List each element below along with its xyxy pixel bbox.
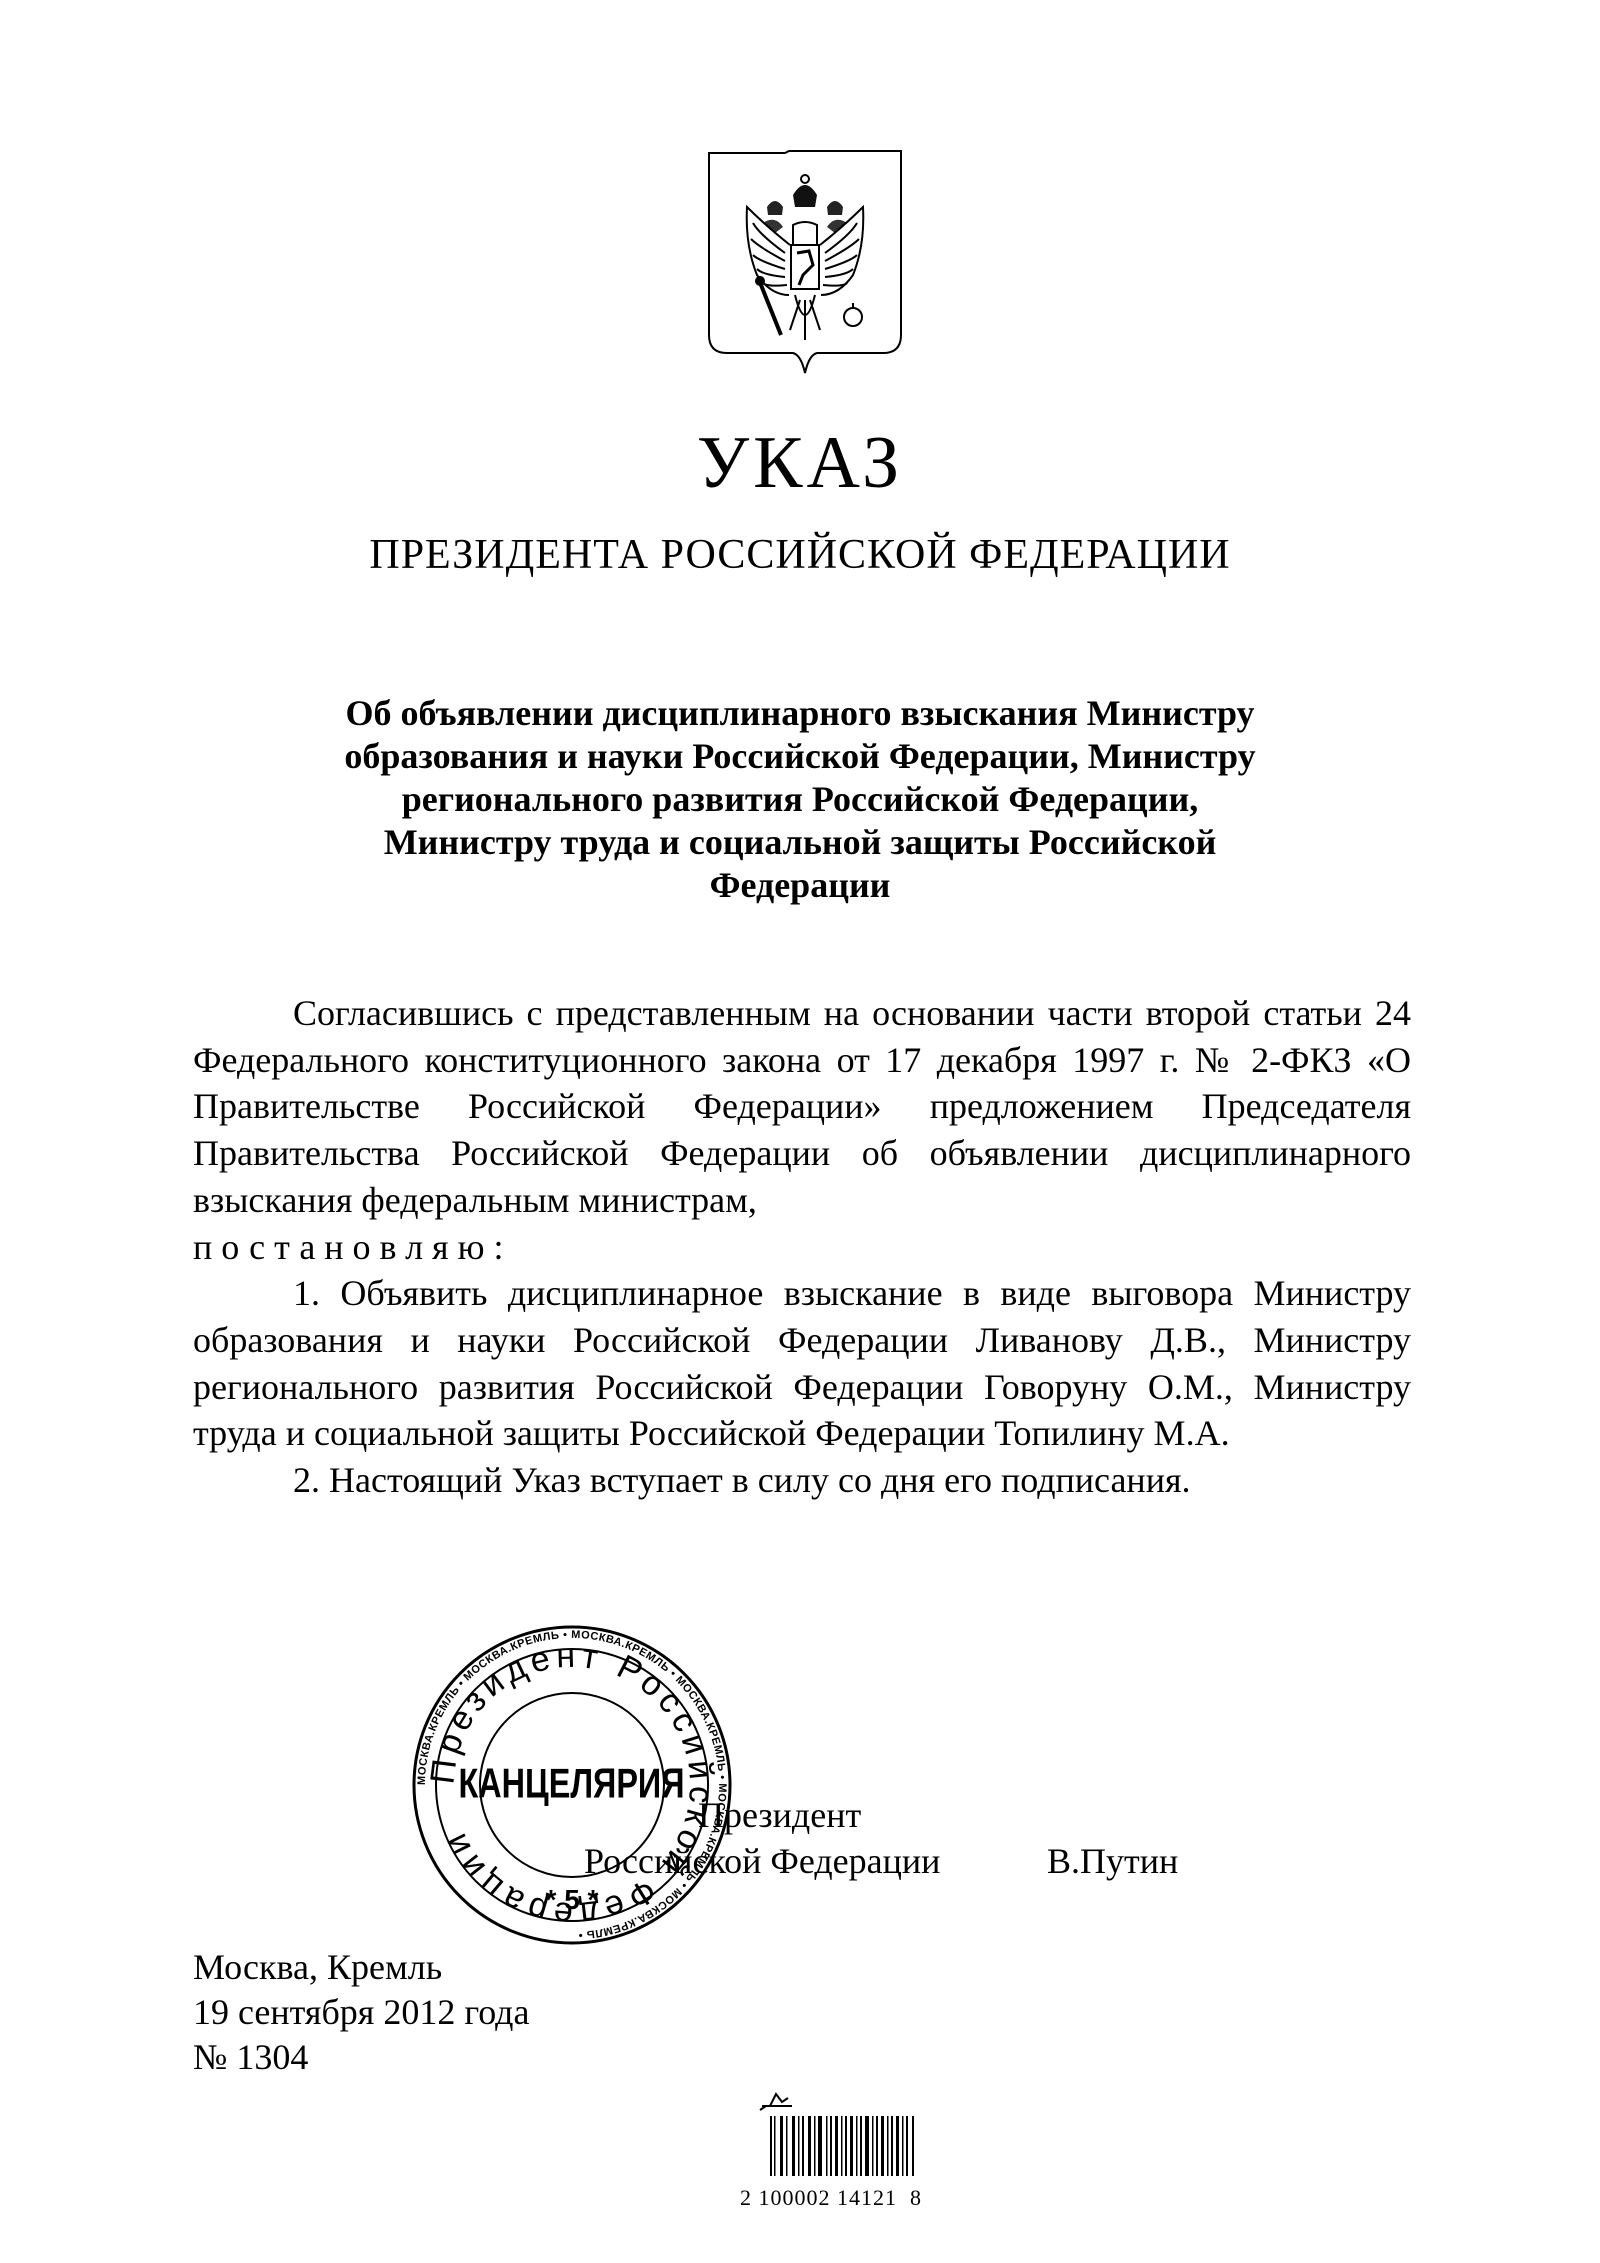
barcode-icon [740, 2092, 940, 2182]
heading-line: Об объявлении дисциплинарного взыскания … [250, 692, 1350, 735]
decree-body: Согласившись с представленным на основан… [193, 990, 1411, 1504]
decree-item-2: 2. Настоящий Указ вступает в силу со дня… [193, 1457, 1411, 1504]
signatory-title-line1: Президент [698, 1792, 861, 1838]
heading-line: образования и науки Российской Федерации… [250, 735, 1350, 778]
heading-line: регионального развития Российской Федера… [250, 778, 1350, 821]
signatory-title-line2: Российской Федерации [584, 1838, 940, 1884]
decree-number: № 1304 [193, 2035, 529, 2080]
heading-line: Федерации [250, 864, 1350, 907]
preamble-paragraph: Согласившись с представленным на основан… [193, 990, 1411, 1224]
signatory-name: В.Путин [1047, 1838, 1178, 1884]
document-title: УКАЗ [0, 418, 1600, 508]
decree-heading: Об объявлении дисциплинарного взыскания … [250, 692, 1350, 907]
decree-footer: Москва, Кремль 19 сентября 2012 года № 1… [193, 1945, 529, 2080]
seal-center-text: КАНЦЕЛЯРИЯ [459, 1760, 685, 1807]
office-seal-stamp: МОСКВА.КРЕМЛЬ • МОСКВА.КРЕМЛЬ • МОСКВА.К… [405, 1625, 740, 1945]
decree-item-1: 1. Объявить дисциплинарное взыскание в в… [193, 1270, 1411, 1457]
coat-of-arms-emblem [705, 135, 905, 385]
issue-date: 19 сентября 2012 года [193, 1990, 529, 2035]
document-barcode: 2 100002 14121 8 [740, 2092, 940, 2211]
decree-word: постановляю: [193, 1224, 1411, 1271]
document-subtitle: ПРЕЗИДЕНТА РОССИЙСКОЙ ФЕДЕРАЦИИ [0, 528, 1600, 582]
issue-place: Москва, Кремль [193, 1945, 529, 1990]
seal-icon: МОСКВА.КРЕМЛЬ • МОСКВА.КРЕМЛЬ • МОСКВА.К… [405, 1625, 740, 1945]
barcode-digits: 2 100002 14121 8 [740, 2185, 940, 2211]
heading-line: Министру труда и социальной защиты Росси… [250, 821, 1350, 864]
double-headed-eagle-icon [705, 135, 905, 385]
seal-number: * 5 * [546, 1884, 599, 1915]
